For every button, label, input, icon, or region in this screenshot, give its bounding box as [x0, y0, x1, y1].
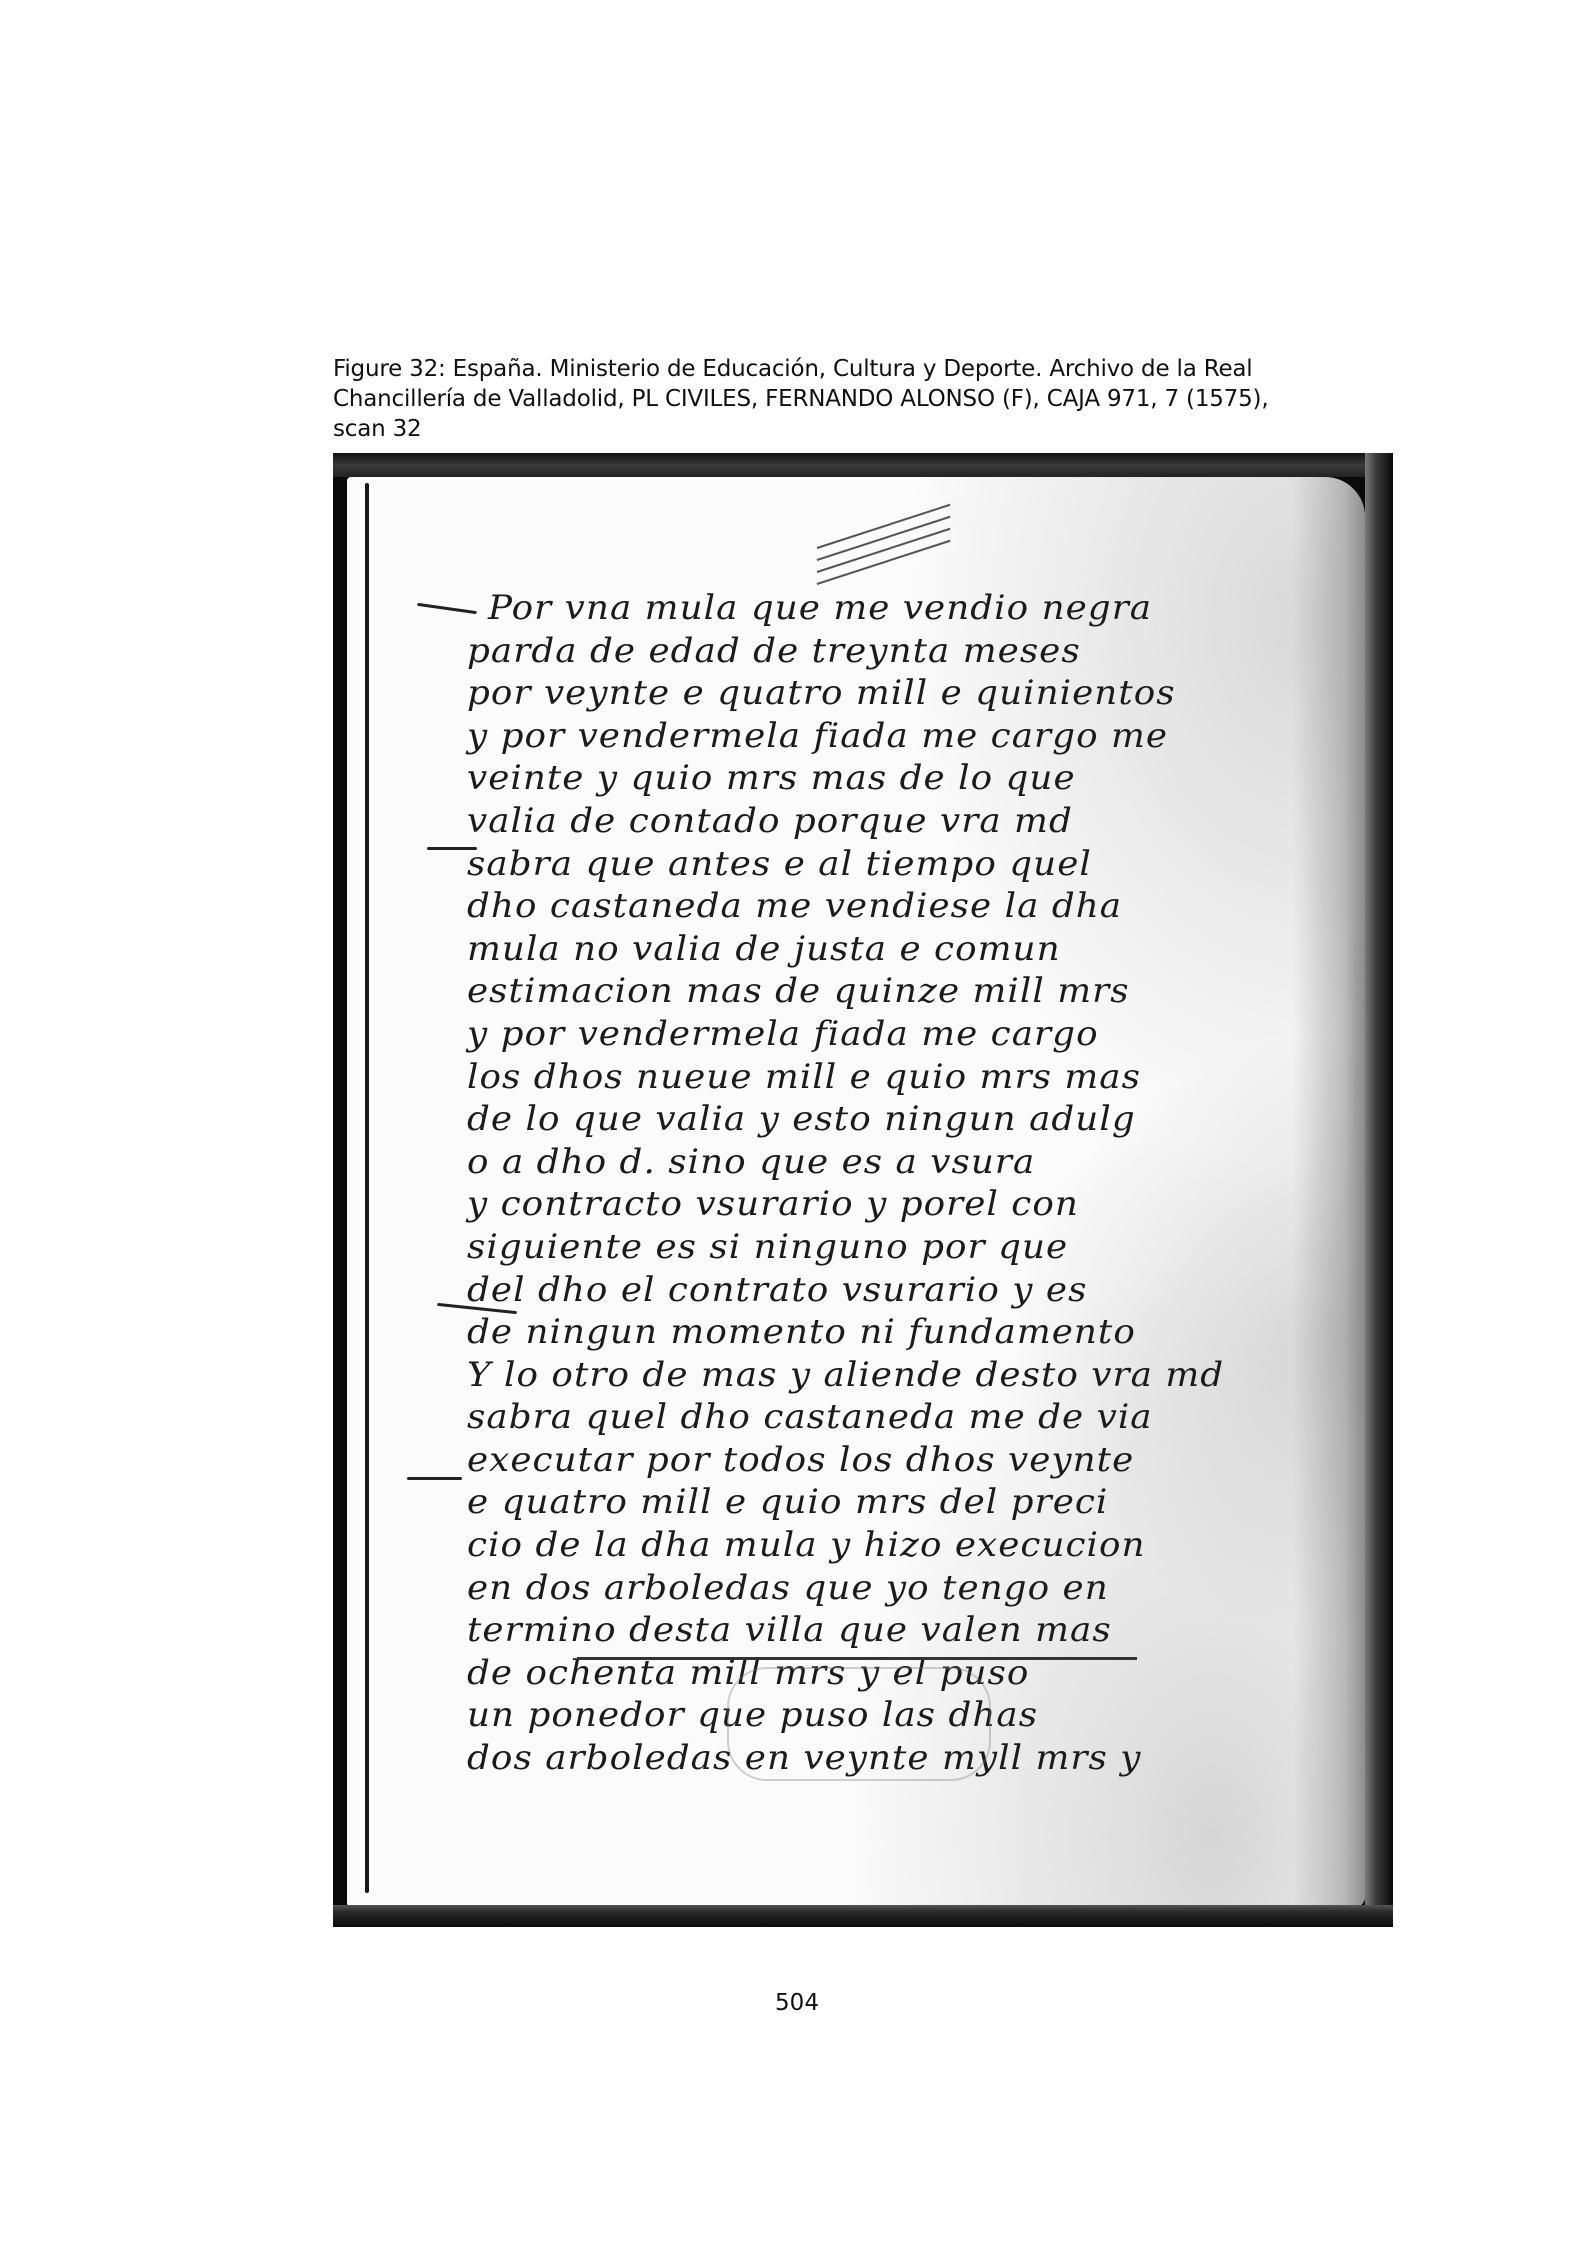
handwritten-text: Por vna mula que me vendio negra parda d…: [467, 587, 1317, 1780]
margin-rule: [365, 483, 369, 1893]
page-number: 504: [0, 1990, 1594, 2016]
manuscript-line: sabra quel dho castaneda me de via: [467, 1396, 1360, 1439]
manuscript-line: de lo que valia y esto ningun adulg: [467, 1098, 1360, 1141]
manuscript-line: del dho el contrato vsurario y es: [467, 1269, 1360, 1312]
manuscript-line: parda de edad de treynta meses: [467, 630, 1360, 673]
manuscript-line: o a dho d. sino que es a vsura: [467, 1141, 1360, 1184]
manuscript-line: en dos arboledas que yo tengo en: [467, 1567, 1360, 1610]
manuscript-scan-image: Por vna mula que me vendio negra parda d…: [333, 453, 1393, 1927]
manuscript-line: cio de la dha mula y hizo execucion: [467, 1524, 1360, 1567]
manuscript-line: executar por todos los dhos veynte: [467, 1439, 1360, 1482]
manuscript-line: y por vendermela fiada me cargo: [467, 1013, 1360, 1056]
manuscript-line: e quatro mill e quio mrs del preci: [467, 1481, 1360, 1524]
manuscript-line: y contracto vsurario y porel con: [467, 1183, 1360, 1226]
manuscript-paper: Por vna mula que me vendio negra parda d…: [347, 477, 1365, 1907]
manuscript-line: los dhos nueue mill e quio mrs mas: [467, 1056, 1360, 1099]
manuscript-line: Y lo otro de mas y aliende desto vra md: [467, 1354, 1360, 1397]
manuscript-line: valia de contado porque vra md: [467, 800, 1360, 843]
scan-bottom-edge: [333, 1905, 1393, 1927]
margin-flourish: [407, 1477, 462, 1480]
manuscript-line: y por vendermela fiada me cargo me: [467, 715, 1360, 758]
manuscript-line: veinte y quio mrs mas de lo que: [467, 757, 1360, 800]
manuscript-line: mula no valia de justa e comun: [467, 928, 1360, 971]
scan-right-edge: [1365, 453, 1393, 1927]
manuscript-line: de ningun momento ni fundamento: [467, 1311, 1360, 1354]
manuscript-line: siguiente es si ninguno por que: [467, 1226, 1360, 1269]
manuscript-line: por veynte e quatro mill e quinientos: [467, 672, 1360, 715]
closing-rule: [577, 1657, 1137, 1660]
manuscript-line: sabra que antes e al tiempo quel: [467, 843, 1360, 886]
scan-top-edge: [333, 453, 1393, 477]
ink-bleed-through: [727, 1667, 991, 1781]
manuscript-line: Por vna mula que me vendio negra: [467, 587, 1360, 630]
manuscript-line: termino desta villa que valen mas: [467, 1609, 1360, 1652]
manuscript-line: estimacion mas de quinze mill mrs: [467, 970, 1360, 1013]
figure-caption: Figure 32: España. Ministerio de Educaci…: [333, 354, 1293, 444]
manuscript-line: dho castaneda me vendiese la dha: [467, 885, 1360, 928]
